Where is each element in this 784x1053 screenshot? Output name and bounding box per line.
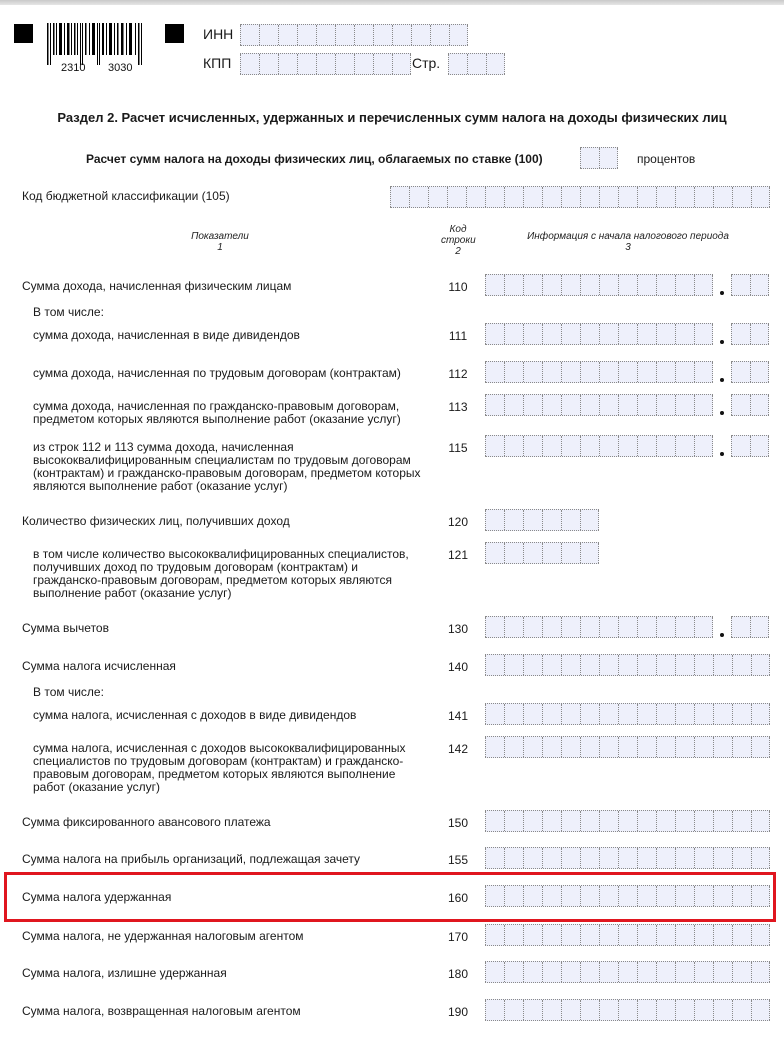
digit-cell[interactable] — [411, 25, 430, 45]
digit-cell[interactable] — [599, 148, 618, 168]
digit-cell[interactable] — [751, 655, 770, 675]
digit-cell[interactable] — [675, 704, 694, 724]
digit-cell[interactable] — [637, 925, 656, 945]
digit-cell[interactable] — [561, 617, 580, 637]
row-code-142: 142 — [440, 742, 476, 756]
digit-cell[interactable] — [618, 275, 637, 295]
digit-cell[interactable] — [561, 275, 580, 295]
digit-cell[interactable] — [485, 324, 504, 344]
digit-cell[interactable] — [485, 275, 504, 295]
digit-cell[interactable] — [449, 25, 468, 45]
digit-cell[interactable] — [561, 655, 580, 675]
digit-cell[interactable] — [656, 962, 675, 982]
field-120[interactable] — [485, 509, 599, 531]
digit-cell[interactable] — [618, 1000, 637, 1020]
digit-cell[interactable] — [618, 848, 637, 868]
rate-unit-label: процентов — [637, 153, 695, 166]
digit-cell[interactable] — [599, 324, 618, 344]
digit-cell[interactable] — [316, 25, 335, 45]
digit-cell[interactable] — [542, 543, 561, 563]
digit-cell[interactable] — [599, 962, 618, 982]
digit-cell[interactable] — [637, 275, 656, 295]
digit-cell[interactable] — [694, 962, 713, 982]
digit-cell[interactable] — [580, 811, 599, 831]
field-113-integer-part[interactable] — [485, 394, 713, 416]
digit-cell[interactable] — [523, 925, 542, 945]
digit-cell[interactable] — [523, 510, 542, 530]
digit-cell[interactable] — [240, 25, 259, 45]
row-label-190: Сумма налога, возвращенная налоговым аге… — [22, 1005, 427, 1018]
digit-cell[interactable] — [504, 1000, 523, 1020]
digit-cell[interactable] — [354, 25, 373, 45]
digit-cell[interactable] — [694, 187, 713, 207]
digit-cell[interactable] — [713, 962, 732, 982]
digit-cell[interactable] — [713, 704, 732, 724]
digit-cell[interactable] — [731, 436, 750, 456]
digit-cell[interactable] — [542, 275, 561, 295]
digit-cell[interactable] — [278, 54, 297, 74]
digit-cell[interactable] — [542, 1000, 561, 1020]
digit-cell[interactable] — [599, 617, 618, 637]
digit-cell[interactable] — [561, 187, 580, 207]
digit-cell[interactable] — [618, 362, 637, 382]
digit-cell[interactable] — [561, 1000, 580, 1020]
digit-cell[interactable] — [618, 704, 637, 724]
digit-cell[interactable] — [637, 962, 656, 982]
digit-cell[interactable] — [751, 848, 770, 868]
digit-cell[interactable] — [656, 811, 675, 831]
digit-cell[interactable] — [618, 395, 637, 415]
field-115-decimal-part[interactable] — [731, 435, 769, 457]
digit-cell[interactable] — [504, 187, 523, 207]
digit-cell[interactable] — [392, 54, 411, 74]
digit-cell[interactable] — [675, 848, 694, 868]
field-111-decimal-part[interactable] — [731, 323, 769, 345]
digit-cell[interactable] — [750, 362, 769, 382]
digit-cell[interactable] — [713, 848, 732, 868]
digit-cell[interactable] — [504, 655, 523, 675]
field-130-integer-part[interactable] — [485, 616, 713, 638]
digit-cell[interactable] — [504, 362, 523, 382]
digit-cell[interactable] — [373, 25, 392, 45]
digit-cell[interactable] — [523, 811, 542, 831]
digit-cell[interactable] — [599, 1000, 618, 1020]
digit-cell[interactable] — [580, 324, 599, 344]
digit-cell[interactable] — [542, 324, 561, 344]
digit-cell[interactable] — [732, 925, 751, 945]
digit-cell[interactable] — [580, 395, 599, 415]
digit-cell[interactable] — [694, 395, 713, 415]
digit-cell[interactable] — [656, 925, 675, 945]
digit-cell[interactable] — [390, 187, 409, 207]
digit-cell[interactable] — [542, 362, 561, 382]
digit-cell[interactable] — [731, 275, 750, 295]
digit-cell[interactable] — [485, 543, 504, 563]
digit-cell[interactable] — [523, 962, 542, 982]
digit-cell[interactable] — [580, 1000, 599, 1020]
digit-cell[interactable] — [713, 1000, 732, 1020]
digit-cell[interactable] — [618, 655, 637, 675]
digit-cell[interactable] — [675, 1000, 694, 1020]
row-code-170: 170 — [440, 930, 476, 944]
digit-cell[interactable] — [694, 1000, 713, 1020]
digit-cell[interactable] — [656, 362, 675, 382]
digit-cell[interactable] — [656, 848, 675, 868]
digit-cell[interactable] — [731, 324, 750, 344]
field-190[interactable] — [485, 999, 770, 1021]
digit-cell[interactable] — [542, 187, 561, 207]
kpp-field[interactable] — [240, 53, 411, 75]
digit-cell[interactable] — [675, 275, 694, 295]
field-111-integer-part[interactable] — [485, 323, 713, 345]
digit-cell[interactable] — [580, 362, 599, 382]
digit-cell[interactable] — [542, 395, 561, 415]
digit-cell[interactable] — [675, 324, 694, 344]
digit-cell[interactable] — [675, 187, 694, 207]
digit-cell[interactable] — [637, 848, 656, 868]
field-155[interactable] — [485, 847, 770, 869]
digit-cell[interactable] — [599, 395, 618, 415]
digit-cell[interactable] — [732, 1000, 751, 1020]
digit-cell[interactable] — [599, 848, 618, 868]
digit-cell[interactable] — [580, 704, 599, 724]
digit-cell[interactable] — [713, 187, 732, 207]
digit-cell[interactable] — [637, 436, 656, 456]
digit-cell[interactable] — [561, 962, 580, 982]
digit-cell[interactable] — [599, 925, 618, 945]
digit-cell[interactable] — [599, 811, 618, 831]
digit-cell[interactable] — [523, 543, 542, 563]
digit-cell[interactable] — [580, 655, 599, 675]
digit-cell[interactable] — [335, 54, 354, 74]
digit-cell[interactable] — [542, 617, 561, 637]
digit-cell[interactable] — [750, 617, 769, 637]
field-110-decimal-part[interactable] — [731, 274, 769, 296]
digit-cell[interactable] — [259, 25, 278, 45]
digit-cell[interactable] — [599, 704, 618, 724]
digit-cell[interactable] — [637, 187, 656, 207]
digit-cell[interactable] — [523, 275, 542, 295]
digit-cell[interactable] — [485, 617, 504, 637]
digit-cell[interactable] — [561, 811, 580, 831]
digit-cell[interactable] — [675, 737, 694, 757]
digit-cell[interactable] — [561, 848, 580, 868]
digit-cell[interactable] — [580, 148, 599, 168]
digit-cell[interactable] — [618, 187, 637, 207]
digit-cell[interactable] — [694, 811, 713, 831]
digit-cell[interactable] — [504, 617, 523, 637]
digit-cell[interactable] — [409, 187, 428, 207]
digit-cell[interactable] — [750, 324, 769, 344]
digit-cell[interactable] — [637, 811, 656, 831]
digit-cell[interactable] — [354, 54, 373, 74]
kbk-field[interactable] — [390, 186, 770, 208]
digit-cell[interactable] — [618, 436, 637, 456]
digit-cell[interactable] — [561, 395, 580, 415]
digit-cell[interactable] — [485, 436, 504, 456]
digit-cell[interactable] — [656, 1000, 675, 1020]
digit-cell[interactable] — [618, 811, 637, 831]
digit-cell[interactable] — [656, 275, 675, 295]
digit-cell[interactable] — [618, 617, 637, 637]
digit-cell[interactable] — [599, 362, 618, 382]
digit-cell[interactable] — [580, 436, 599, 456]
digit-cell[interactable] — [542, 510, 561, 530]
digit-cell[interactable] — [675, 925, 694, 945]
digit-cell[interactable] — [561, 543, 580, 563]
digit-cell[interactable] — [751, 737, 770, 757]
digit-cell[interactable] — [732, 848, 751, 868]
digit-cell[interactable] — [485, 395, 504, 415]
digit-cell[interactable] — [656, 436, 675, 456]
digit-cell[interactable] — [297, 54, 316, 74]
digit-cell[interactable] — [542, 848, 561, 868]
digit-cell[interactable] — [618, 324, 637, 344]
digit-cell[interactable] — [430, 25, 449, 45]
digit-cell[interactable] — [656, 395, 675, 415]
digit-cell[interactable] — [580, 275, 599, 295]
digit-cell[interactable] — [731, 362, 750, 382]
digit-cell[interactable] — [561, 510, 580, 530]
digit-cell[interactable] — [240, 54, 259, 74]
digit-cell[interactable] — [485, 362, 504, 382]
digit-cell[interactable] — [504, 395, 523, 415]
field-180[interactable] — [485, 961, 770, 983]
digit-cell[interactable] — [504, 324, 523, 344]
digit-cell[interactable] — [694, 655, 713, 675]
digit-cell[interactable] — [637, 395, 656, 415]
digit-cell[interactable] — [523, 737, 542, 757]
digit-cell[interactable] — [751, 925, 770, 945]
field-141[interactable] — [485, 703, 770, 725]
digit-cell[interactable] — [675, 655, 694, 675]
digit-cell[interactable] — [694, 324, 713, 344]
digit-cell[interactable] — [637, 362, 656, 382]
field-110-integer-part[interactable] — [485, 274, 713, 296]
digit-cell[interactable] — [580, 737, 599, 757]
digit-cell[interactable] — [751, 962, 770, 982]
digit-cell[interactable] — [694, 275, 713, 295]
page-number-field[interactable] — [448, 53, 505, 75]
digit-cell[interactable] — [504, 848, 523, 868]
digit-cell[interactable] — [580, 848, 599, 868]
digit-cell[interactable] — [618, 737, 637, 757]
digit-cell[interactable] — [259, 54, 278, 74]
digit-cell[interactable] — [732, 737, 751, 757]
digit-cell[interactable] — [504, 510, 523, 530]
digit-cell[interactable] — [485, 737, 504, 757]
digit-cell[interactable] — [466, 187, 485, 207]
digit-cell[interactable] — [542, 655, 561, 675]
digit-cell[interactable] — [599, 187, 618, 207]
digit-cell[interactable] — [504, 811, 523, 831]
digit-cell[interactable] — [675, 362, 694, 382]
digit-cell[interactable] — [316, 54, 335, 74]
digit-cell[interactable] — [731, 617, 750, 637]
digit-cell[interactable] — [523, 848, 542, 868]
digit-cell[interactable] — [580, 543, 599, 563]
digit-cell[interactable] — [580, 510, 599, 530]
digit-cell[interactable] — [675, 617, 694, 637]
digit-cell[interactable] — [656, 187, 675, 207]
digit-cell[interactable] — [599, 737, 618, 757]
digit-cell[interactable] — [561, 436, 580, 456]
row-code-140: 140 — [440, 660, 476, 674]
field-121[interactable] — [485, 542, 599, 564]
digit-cell[interactable] — [750, 436, 769, 456]
row-label-142: сумма налога, исчисленная с доходов высо… — [33, 742, 428, 794]
digit-cell[interactable] — [732, 187, 751, 207]
digit-cell[interactable] — [637, 655, 656, 675]
digit-cell[interactable] — [618, 925, 637, 945]
digit-cell[interactable] — [523, 617, 542, 637]
digit-cell[interactable] — [561, 925, 580, 945]
digit-cell[interactable] — [732, 811, 751, 831]
digit-cell[interactable] — [542, 704, 561, 724]
digit-cell[interactable] — [373, 54, 392, 74]
digit-cell[interactable] — [561, 324, 580, 344]
digit-cell[interactable] — [732, 704, 751, 724]
digit-cell[interactable] — [694, 704, 713, 724]
digit-cell[interactable] — [618, 962, 637, 982]
digit-cell[interactable] — [713, 925, 732, 945]
digit-cell[interactable] — [448, 54, 467, 74]
digit-cell[interactable] — [523, 436, 542, 456]
digit-cell[interactable] — [580, 617, 599, 637]
digit-cell[interactable] — [542, 737, 561, 757]
digit-cell[interactable] — [485, 925, 504, 945]
row-label-121: в том числе количество высококвалифициро… — [33, 548, 428, 600]
digit-cell[interactable] — [637, 324, 656, 344]
digit-cell[interactable] — [675, 436, 694, 456]
digit-cell[interactable] — [485, 811, 504, 831]
decimal-point-icon — [720, 291, 724, 295]
digit-cell[interactable] — [504, 436, 523, 456]
digit-cell[interactable] — [561, 704, 580, 724]
digit-cell[interactable] — [504, 925, 523, 945]
digit-cell[interactable] — [656, 617, 675, 637]
digit-cell[interactable] — [580, 925, 599, 945]
digit-cell[interactable] — [485, 655, 504, 675]
digit-cell[interactable] — [523, 1000, 542, 1020]
digit-cell[interactable] — [542, 962, 561, 982]
digit-cell[interactable] — [751, 187, 770, 207]
tax-rate-field[interactable] — [580, 147, 618, 169]
digit-cell[interactable] — [713, 811, 732, 831]
digit-cell[interactable] — [523, 704, 542, 724]
digit-cell[interactable] — [523, 395, 542, 415]
field-115-integer-part[interactable] — [485, 435, 713, 457]
field-150[interactable] — [485, 810, 770, 832]
field-112-decimal-part[interactable] — [731, 361, 769, 383]
digit-cell[interactable] — [542, 925, 561, 945]
digit-cell[interactable] — [335, 25, 354, 45]
digit-cell[interactable] — [392, 25, 411, 45]
digit-cell[interactable] — [750, 395, 769, 415]
digit-cell[interactable] — [750, 275, 769, 295]
digit-cell[interactable] — [278, 25, 297, 45]
digit-cell[interactable] — [656, 737, 675, 757]
digit-cell[interactable] — [467, 54, 486, 74]
digit-cell[interactable] — [675, 962, 694, 982]
digit-cell[interactable] — [713, 737, 732, 757]
digit-cell[interactable] — [523, 362, 542, 382]
decimal-point-icon — [720, 452, 724, 456]
digit-cell[interactable] — [485, 962, 504, 982]
digit-cell[interactable] — [694, 617, 713, 637]
digit-cell[interactable] — [637, 704, 656, 724]
digit-cell[interactable] — [637, 737, 656, 757]
digit-cell[interactable] — [485, 704, 504, 724]
digit-cell[interactable] — [732, 655, 751, 675]
digit-cell[interactable] — [694, 925, 713, 945]
digit-cell[interactable] — [637, 617, 656, 637]
digit-cell[interactable] — [485, 848, 504, 868]
digit-cell[interactable] — [485, 1000, 504, 1020]
digit-cell[interactable] — [447, 187, 466, 207]
digit-cell[interactable] — [713, 655, 732, 675]
digit-cell[interactable] — [656, 655, 675, 675]
digit-cell[interactable] — [675, 395, 694, 415]
digit-cell[interactable] — [523, 324, 542, 344]
digit-cell[interactable] — [599, 436, 618, 456]
digit-cell[interactable] — [523, 187, 542, 207]
digit-cell[interactable] — [523, 655, 542, 675]
digit-cell[interactable] — [656, 324, 675, 344]
digit-cell[interactable] — [485, 510, 504, 530]
digit-cell[interactable] — [599, 275, 618, 295]
digit-cell[interactable] — [504, 962, 523, 982]
digit-cell[interactable] — [486, 54, 505, 74]
digit-cell[interactable] — [694, 848, 713, 868]
field-140[interactable] — [485, 654, 770, 676]
digit-cell[interactable] — [561, 362, 580, 382]
digit-cell[interactable] — [561, 737, 580, 757]
digit-cell[interactable] — [732, 962, 751, 982]
row-code-120: 120 — [440, 515, 476, 529]
digit-cell[interactable] — [428, 187, 447, 207]
digit-cell[interactable] — [504, 543, 523, 563]
digit-cell[interactable] — [694, 737, 713, 757]
field-112-integer-part[interactable] — [485, 361, 713, 383]
digit-cell[interactable] — [751, 1000, 770, 1020]
field-142[interactable] — [485, 736, 770, 758]
digit-cell[interactable] — [731, 395, 750, 415]
digit-cell[interactable] — [694, 362, 713, 382]
digit-cell[interactable] — [675, 811, 694, 831]
digit-cell[interactable] — [542, 811, 561, 831]
digit-cell[interactable] — [637, 1000, 656, 1020]
digit-cell[interactable] — [504, 704, 523, 724]
inn-field[interactable] — [240, 24, 468, 46]
digit-cell[interactable] — [504, 275, 523, 295]
digit-cell[interactable] — [580, 962, 599, 982]
digit-cell[interactable] — [542, 436, 561, 456]
field-130-decimal-part[interactable] — [731, 616, 769, 638]
column-header-indicators-label: Показатели — [150, 231, 290, 242]
digit-cell[interactable] — [580, 187, 599, 207]
digit-cell[interactable] — [485, 187, 504, 207]
digit-cell[interactable] — [751, 811, 770, 831]
digit-cell[interactable] — [656, 704, 675, 724]
field-113-decimal-part[interactable] — [731, 394, 769, 416]
digit-cell[interactable] — [297, 25, 316, 45]
digit-cell[interactable] — [504, 737, 523, 757]
digit-cell[interactable] — [751, 704, 770, 724]
digit-cell[interactable] — [694, 436, 713, 456]
digit-cell[interactable] — [599, 655, 618, 675]
field-170[interactable] — [485, 924, 770, 946]
